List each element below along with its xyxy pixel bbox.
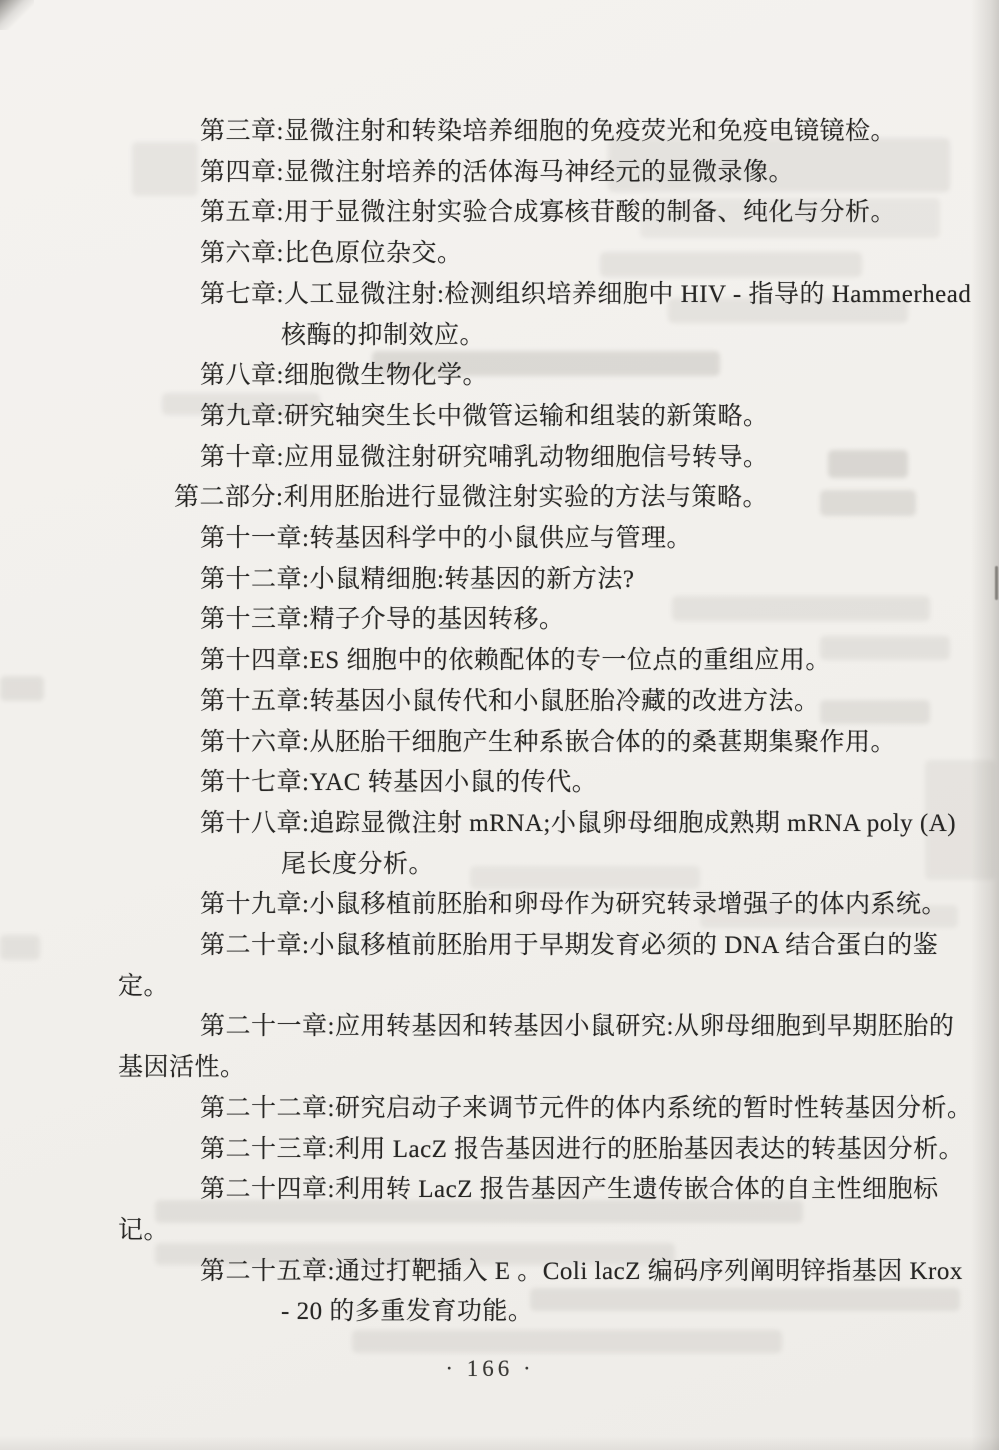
toc-line: 第十九章:小鼠移植前胚胎和卵母作为研究转录增强子的体内系统。	[118, 885, 939, 926]
toc-line: 基因活性。	[118, 1048, 939, 1089]
scan-corner-shadow	[0, 0, 34, 30]
scan-page-curl-shadow	[971, 0, 999, 1450]
toc-line: 尾长度分析。	[118, 845, 939, 886]
toc-line: 第十八章:追踪显微注射 mRNA;小鼠卵母细胞成熟期 mRNA poly (A)	[118, 804, 939, 845]
toc-line: 第八章:细胞微生物化学。	[118, 356, 939, 397]
toc-line: 第二十一章:应用转基因和转基因小鼠研究:从卵母细胞到早期胚胎的	[118, 1007, 939, 1048]
toc-line: 第十章:应用显微注射研究哺乳动物细胞信号转导。	[118, 438, 939, 479]
toc-line: 第十六章:从胚胎干细胞产生种系嵌合体的的桑葚期集聚作用。	[118, 723, 939, 764]
bleedthrough-mark	[0, 676, 44, 701]
page-number: · 166 ·	[0, 1356, 980, 1382]
toc-line: 第二十五章:通过打靶插入 E 。Coli lacZ 编码序列阐明锌指基因 Kro…	[118, 1252, 939, 1293]
toc-line: 第二部分:利用胚胎进行显微注射实验的方法与策略。	[118, 478, 939, 519]
toc-line: 第十三章:精子介导的基因转移。	[118, 600, 939, 641]
toc-line: 第二十三章:利用 LacZ 报告基因进行的胚胎基因表达的转基因分析。	[118, 1130, 939, 1171]
toc-line: 第七章:人工显微注射:检测组织培养细胞中 HIV - 指导的 Hammerhea…	[118, 275, 939, 316]
scan-edge-mark	[995, 566, 998, 600]
toc-lines: 第三章:显微注射和转染培养细胞的免疫荧光和免疫电镜镜检。第四章:显微注射培养的活…	[118, 112, 939, 1333]
toc-line: 第四章:显微注射培养的活体海马神经元的显微录像。	[118, 153, 939, 194]
toc-line: 第五章:用于显微注射实验合成寡核苷酸的制备、纯化与分析。	[118, 193, 939, 234]
toc-line: - 20 的多重发育功能。	[118, 1292, 939, 1333]
toc-line: 第十四章:ES 细胞中的依赖配体的专一位点的重组应用。	[118, 641, 939, 682]
scan-bottom-shade	[0, 1436, 999, 1450]
bleedthrough-mark	[352, 1330, 782, 1353]
toc-line: 第二十章:小鼠移植前胚胎用于早期发育必须的 DNA 结合蛋白的鉴	[118, 926, 939, 967]
bleedthrough-mark	[0, 935, 40, 960]
toc-line: 第十二章:小鼠精细胞:转基因的新方法?	[118, 560, 939, 601]
toc-line: 第九章:研究轴突生长中微管运输和组装的新策略。	[118, 397, 939, 438]
toc-line: 第十五章:转基因小鼠传代和小鼠胚胎冷藏的改进方法。	[118, 682, 939, 723]
toc-line: 第三章:显微注射和转染培养细胞的免疫荧光和免疫电镜镜检。	[118, 112, 939, 153]
toc-line: 第六章:比色原位杂交。	[118, 234, 939, 275]
scanned-book-page: 第三章:显微注射和转染培养细胞的免疫荧光和免疫电镜镜检。第四章:显微注射培养的活…	[0, 0, 999, 1450]
toc-line: 记。	[118, 1211, 939, 1252]
toc-line: 第二十二章:研究启动子来调节元件的体内系统的暂时性转基因分析。	[118, 1089, 939, 1130]
toc-line: 第二十四章:利用转 LacZ 报告基因产生遗传嵌合体的自主性细胞标	[118, 1170, 939, 1211]
toc-line: 第十七章:YAC 转基因小鼠的传代。	[118, 763, 939, 804]
toc-line: 核酶的抑制效应。	[118, 316, 939, 357]
toc-line: 第十一章:转基因科学中的小鼠供应与管理。	[118, 519, 939, 560]
toc-line: 定。	[118, 967, 939, 1008]
